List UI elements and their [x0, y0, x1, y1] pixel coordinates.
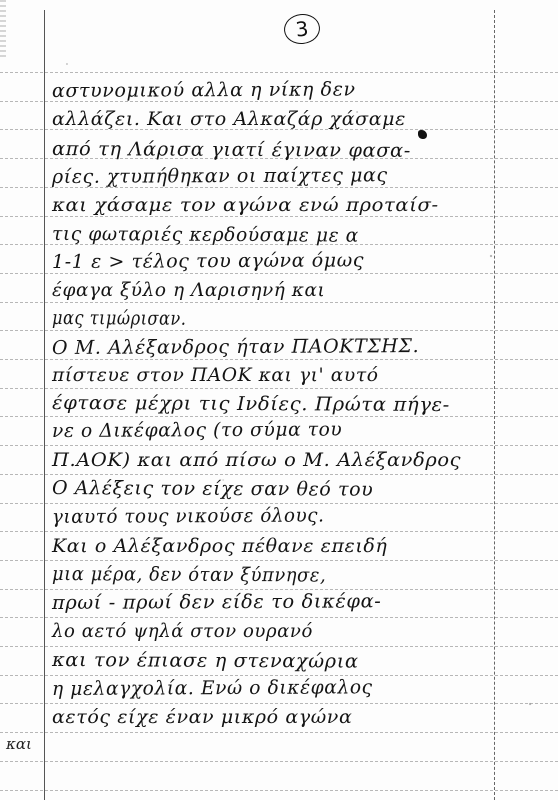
text-line: έφτασε μέχρι τις Ινδίες. Πρώτα πήγε-: [52, 392, 450, 416]
text-line: από τη Λάρισα γιατί έγιναν φασα-: [52, 138, 411, 162]
text-line: Ο Αλέξεις τον είχε σαν θεό του: [52, 477, 373, 501]
ruled-line: [0, 761, 558, 762]
ruled-line: [0, 675, 558, 676]
ruled-line: [0, 703, 558, 704]
ruled-line: [0, 416, 558, 417]
ruled-line: [0, 330, 558, 331]
text-line: πρωί - πρωί δεν είδε το δικέφα-: [52, 590, 382, 614]
text-line: μια μέρα, δεν όταν ξύπνησε,: [52, 563, 326, 587]
ruled-line: [0, 72, 558, 73]
text-line: Και ο Αλέξανδρος πέθανε επειδή: [52, 535, 387, 557]
page-number-circled: 3: [283, 12, 322, 46]
text-line: αετός είχε έναν μικρό αγώνα: [52, 706, 352, 728]
text-line: λο αετό ψηλά στον ουρανό: [52, 620, 313, 642]
notebook-page: 3 αστυνομικού αλλα η νίκη δεναλλάζει. Κα…: [0, 0, 558, 800]
right-margin-line: [494, 10, 495, 800]
ruled-line: [0, 531, 558, 532]
ruled-line: [0, 388, 558, 389]
ruled-line: [0, 646, 558, 647]
page-number-text: 3: [294, 16, 309, 41]
ink-blot: [418, 130, 427, 139]
text-line: η μελαγχολία. Ενώ ο δικέφαλος: [52, 676, 373, 700]
text-line: Π.ΑΟΚ) και από πίσω ο Μ. Αλέξανδρος: [52, 449, 461, 471]
ruled-line: [0, 790, 558, 791]
ruled-line: [0, 589, 558, 590]
text-line: και τον έπιασε η στεναχώρια: [52, 649, 359, 673]
left-margin-line: [44, 10, 45, 800]
text-line: γιαυτό τους νικούσε όλους.: [52, 505, 325, 528]
ruled-line: [0, 617, 558, 618]
text-line: αλλάζει. Και στο Αλκαζάρ χάσαμε: [52, 108, 406, 130]
ruled-line: [0, 732, 558, 733]
text-line: αστυνομικού αλλα η νίκη δεν: [52, 78, 356, 102]
text-line: έφαγα ξύλο η Λαρισηνή και: [52, 279, 325, 301]
ruled-line: [0, 503, 558, 504]
text-line: ρίες. χτυπήθηκαν οι παίχτες μας: [52, 164, 388, 188]
ruled-line: [0, 445, 558, 446]
text-line: τις φωταριές κερδούσαμε με α: [52, 223, 359, 247]
text-line: και χάσαμε τον αγώνα ενώ προταίσ-: [52, 194, 439, 216]
ruled-line: [0, 560, 558, 561]
ruled-line: [0, 474, 558, 475]
ruled-line: [0, 302, 558, 303]
ruled-line: [0, 273, 558, 274]
text-line: 1-1 ε > τέλος του αγώνα όμως: [52, 249, 364, 273]
ruled-line: [0, 359, 558, 360]
text-line: μας τιμώρισαν.: [52, 307, 186, 330]
text-line: νε ο Δικέφαλος (το σύμα του: [52, 418, 342, 442]
binding-edge: [0, 0, 6, 60]
text-line: Ο Μ. Αλέξανδρος ήταν ΠΑΟΚΤΣΗΣ.: [52, 335, 419, 359]
margin-note: και: [6, 735, 32, 753]
text-line: πίστευε στον ΠΑΟΚ και γι' αυτό: [52, 364, 379, 386]
